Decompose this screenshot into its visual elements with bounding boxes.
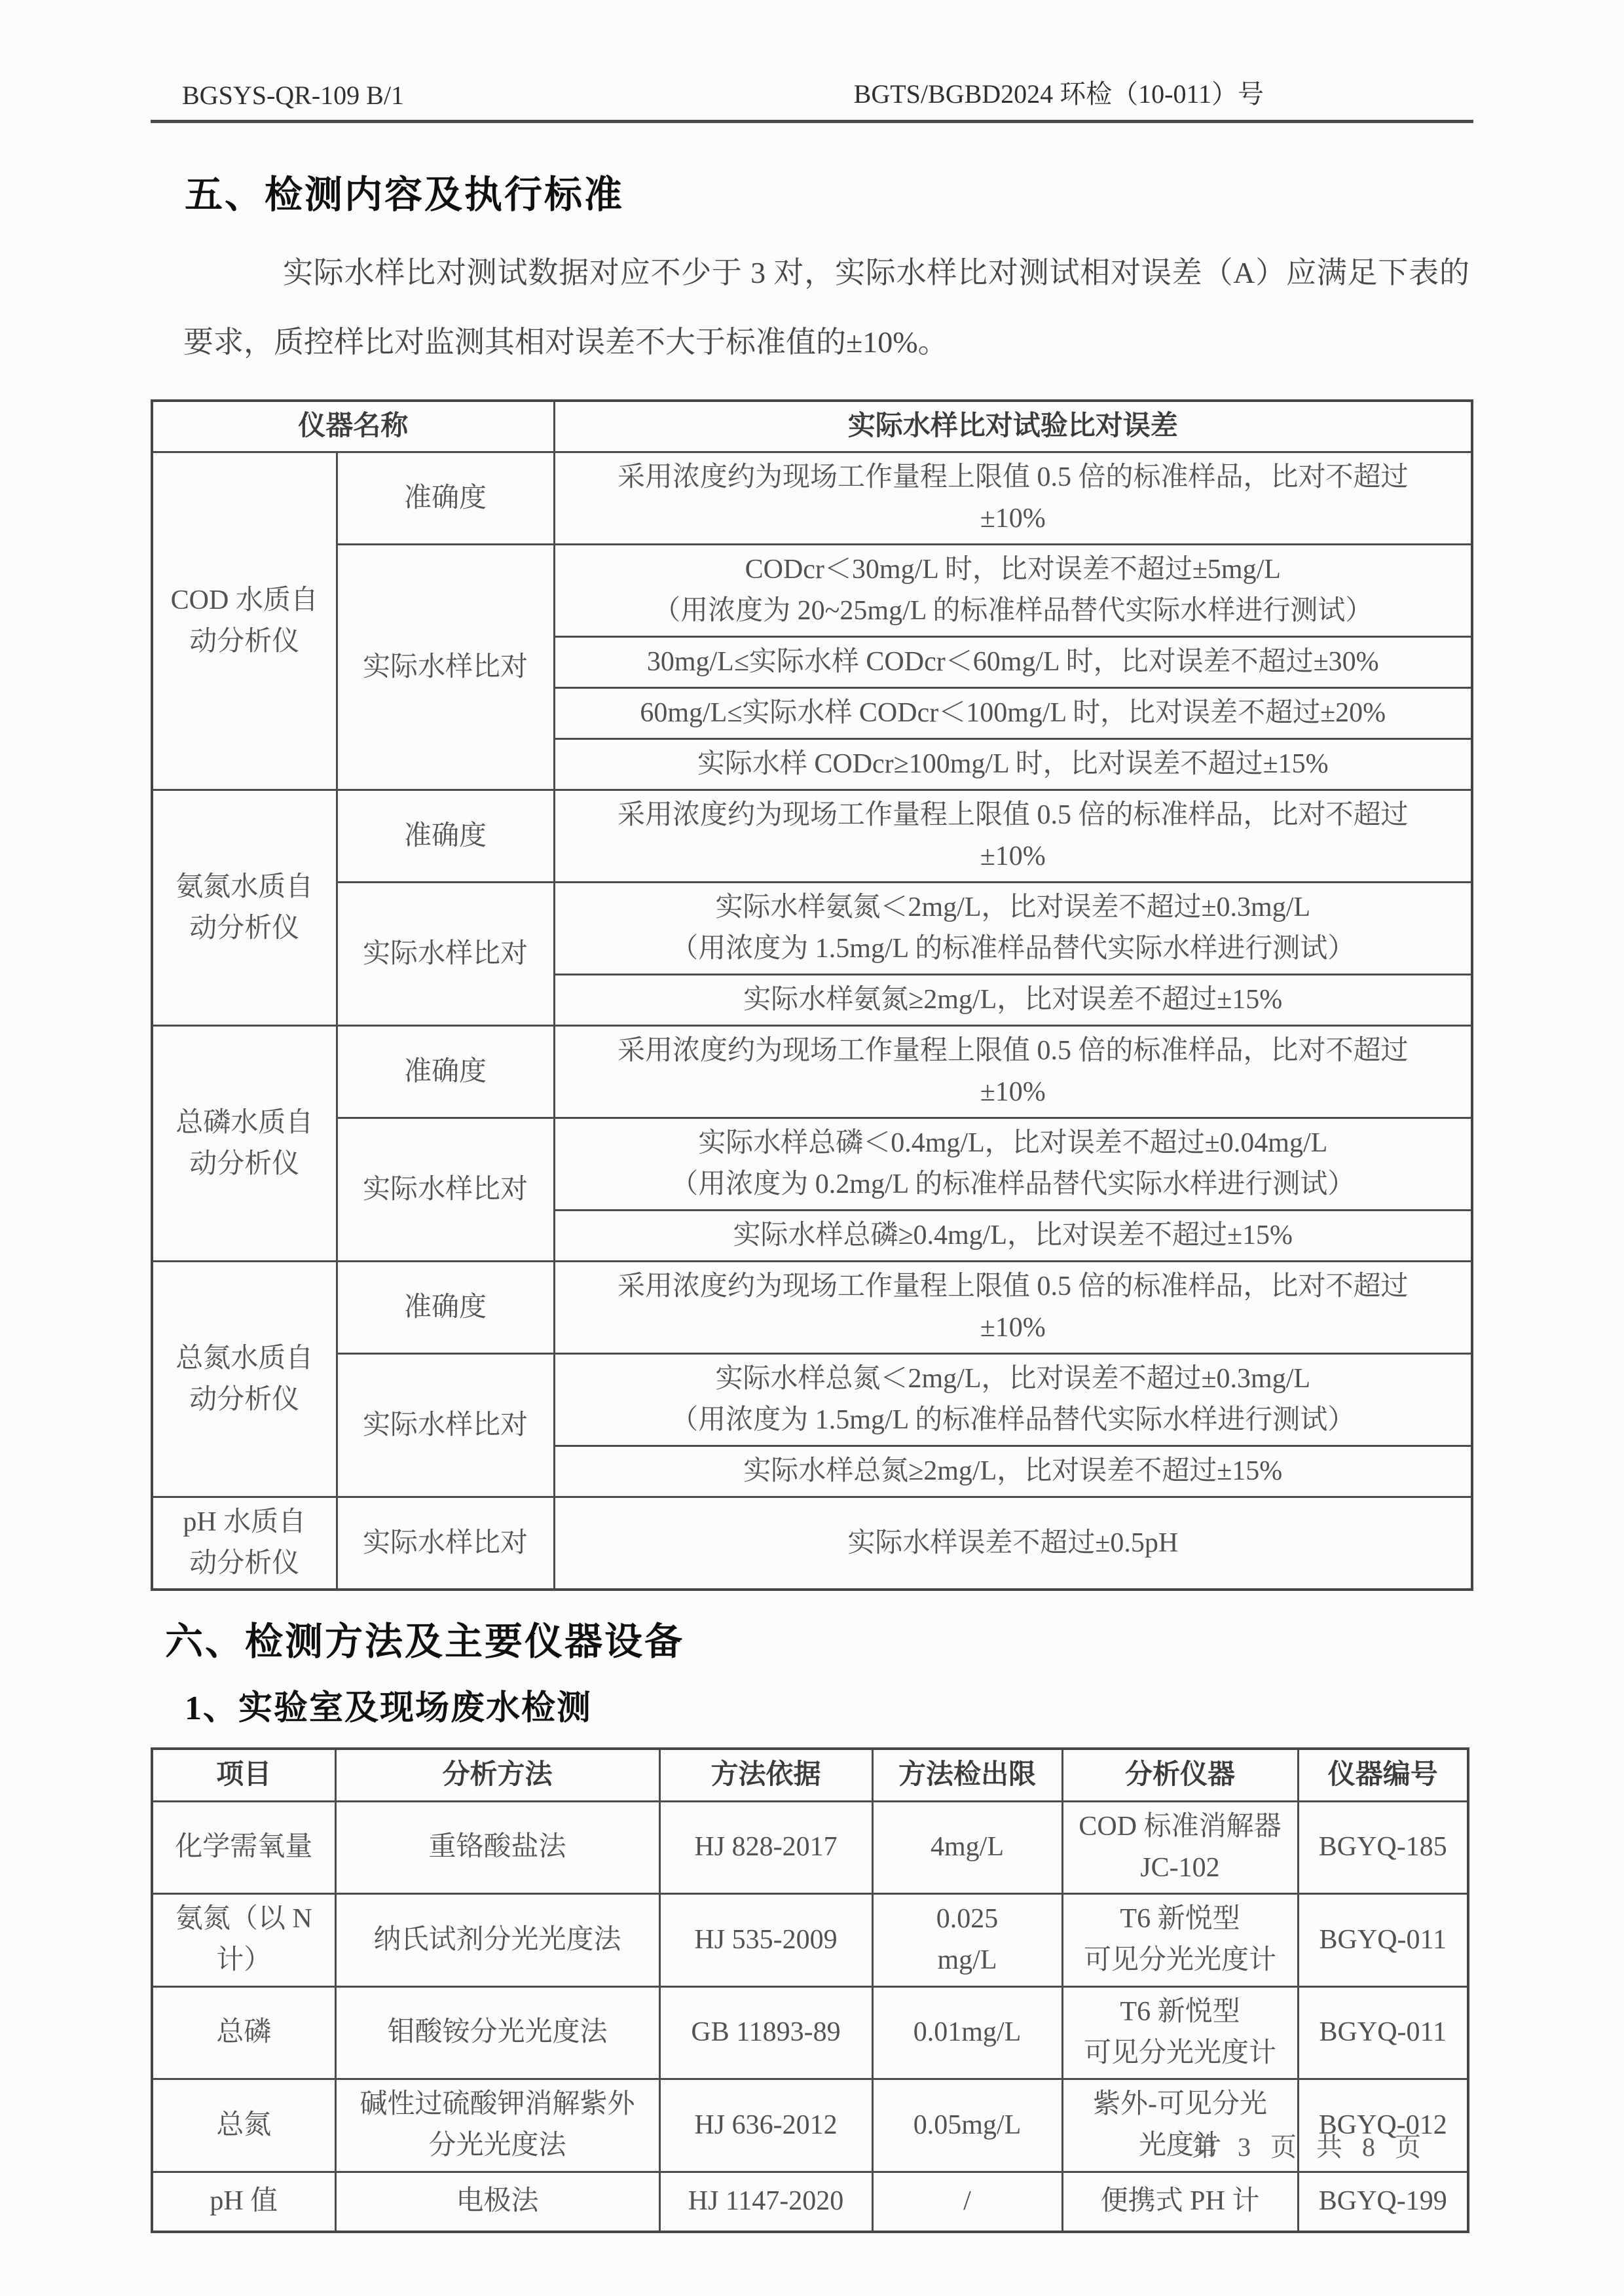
table-row: 实际水样比对 实际水样总氮＜2mg/L，比对误差不超过±0.3mg/L （用浓度…	[152, 1354, 1472, 1446]
cell-cod-accuracy-text: 采用浓度约为现场工作量程上限值 0.5 倍的标准样品，比对不超过 ±10%	[554, 452, 1472, 545]
cell-limit: /	[872, 2172, 1062, 2232]
table-row: 实际水样比对 实际水样总磷＜0.4mg/L，比对误差不超过±0.04mg/L （…	[152, 1118, 1472, 1211]
cell-cod-compare-label: 实际水样比对	[337, 545, 554, 790]
cell-item: 总磷	[152, 1986, 335, 2079]
table-row: 氨氮（以 N 计） 纳氏试剂分光光度法 HJ 535-2009 0.025 mg…	[152, 1893, 1468, 1986]
cell-limit: 0.05mg/L	[872, 2079, 1062, 2172]
cell-tp-accuracy-text: 采用浓度约为现场工作量程上限值 0.5 倍的标准样品，比对不超过 ±10%	[554, 1026, 1472, 1118]
col-header-instrument-name: 仪器名称	[152, 401, 554, 452]
cell-tp-compare-label: 实际水样比对	[337, 1118, 554, 1262]
table-row: 总磷 钼酸铵分光光度法 GB 11893-89 0.01mg/L T6 新悦型 …	[152, 1986, 1468, 2079]
section5-intro-paragraph: 实际水样比对测试数据对应不少于 3 对，实际水样比对测试相对误差（A）应满足下表…	[183, 238, 1469, 377]
cell-tp-compare-r1: 实际水样总磷＜0.4mg/L，比对误差不超过±0.04mg/L （用浓度为 0.…	[554, 1118, 1472, 1211]
cell-tn-instrument: 总氮水质自 动分析仪	[152, 1262, 337, 1497]
cell-cod-compare-r2: 30mg/L≤实际水样 CODcr＜60mg/L 时，比对误差不超过±30%	[554, 637, 1472, 688]
cell-item: 总氮	[152, 2079, 335, 2172]
cell-cod-accuracy-label: 准确度	[337, 452, 554, 545]
col-header-detection-limit: 方法检出限	[872, 1749, 1062, 1801]
section5-title: 五、检测内容及执行标准	[185, 164, 1473, 219]
cell-instrument: 便携式 PH 计	[1062, 2172, 1298, 2232]
cell-basis: HJ 535-2009	[659, 1893, 872, 1986]
cell-serial: BGYQ-199	[1298, 2172, 1468, 2232]
col-header-basis: 方法依据	[659, 1749, 872, 1801]
table-row: 实际水样比对 CODcr＜30mg/L 时，比对误差不超过±5mg/L （用浓度…	[152, 545, 1472, 637]
doc-number: BGTS/BGBD2024 环检（10-011）号	[854, 73, 1264, 111]
cell-basis: HJ 828-2017	[659, 1801, 872, 1893]
col-header-item: 项目	[152, 1749, 335, 1801]
cell-nh3n-compare-r2: 实际水样氨氮≥2mg/L，比对误差不超过±15%	[554, 975, 1472, 1026]
cell-nh3n-accuracy-label: 准确度	[337, 790, 554, 883]
col-header-compare-error: 实际水样比对试验比对误差	[554, 401, 1472, 452]
cell-tp-accuracy-label: 准确度	[337, 1026, 554, 1118]
col-header-instrument: 分析仪器	[1062, 1749, 1298, 1801]
doc-code: BGSYS-QR-109 B/1	[182, 80, 404, 111]
cell-serial: BGYQ-011	[1298, 1986, 1468, 2079]
section6-subtitle: 1、实验室及现场废水检测	[185, 1680, 1473, 1729]
table-row: 总氮水质自 动分析仪 准确度 采用浓度约为现场工作量程上限值 0.5 倍的标准样…	[152, 1262, 1472, 1354]
cell-basis: HJ 1147-2020	[659, 2172, 872, 2232]
col-header-serial: 仪器编号	[1298, 1749, 1468, 1801]
cell-cod-compare-r3: 60mg/L≤实际水样 CODcr＜100mg/L 时，比对误差不超过±20%	[554, 688, 1472, 739]
cell-item: 化学需氧量	[152, 1801, 335, 1893]
cell-tp-instrument: 总磷水质自 动分析仪	[152, 1026, 337, 1262]
table-row: 实际水样比对 实际水样氨氮＜2mg/L，比对误差不超过±0.3mg/L （用浓度…	[152, 883, 1472, 975]
cell-serial: BGYQ-185	[1298, 1801, 1468, 1893]
cell-tn-compare-label: 实际水样比对	[337, 1354, 554, 1497]
cell-ph-instrument: pH 水质自 动分析仪	[152, 1497, 337, 1590]
cell-cod-instrument: COD 水质自 动分析仪	[152, 452, 337, 790]
document-page: BGSYS-QR-109 B/1 BGTS/BGBD2024 环检（10-011…	[0, 0, 1624, 2296]
cell-method: 电极法	[335, 2172, 659, 2232]
cell-instrument: T6 新悦型 可见分光光度计	[1062, 1986, 1298, 2079]
cell-tp-compare-r2: 实际水样总磷≥0.4mg/L，比对误差不超过±15%	[554, 1211, 1472, 1262]
cell-limit: 0.025 mg/L	[872, 1893, 1062, 1986]
cell-tn-compare-r2: 实际水样总氮≥2mg/L，比对误差不超过±15%	[554, 1446, 1472, 1497]
cell-nh3n-compare-label: 实际水样比对	[337, 883, 554, 1026]
cell-nh3n-accuracy-text: 采用浓度约为现场工作量程上限值 0.5 倍的标准样品，比对不超过 ±10%	[554, 790, 1472, 883]
cell-cod-compare-r1: CODcr＜30mg/L 时，比对误差不超过±5mg/L （用浓度为 20~25…	[554, 545, 1472, 637]
cell-instrument: T6 新悦型 可见分光光度计	[1062, 1893, 1298, 1986]
cell-instrument: COD 标准消解器 JC-102	[1062, 1801, 1298, 1893]
cell-basis: GB 11893-89	[659, 1986, 872, 2079]
cell-tn-compare-r1: 实际水样总氮＜2mg/L，比对误差不超过±0.3mg/L （用浓度为 1.5mg…	[554, 1354, 1472, 1446]
cell-method: 重铬酸盐法	[335, 1801, 659, 1893]
document-header: BGSYS-QR-109 B/1 BGTS/BGBD2024 环检（10-011…	[151, 73, 1473, 123]
cell-limit: 4mg/L	[872, 1801, 1062, 1893]
cell-nh3n-instrument: 氨氮水质自 动分析仪	[152, 790, 337, 1026]
cell-serial: BGYQ-011	[1298, 1893, 1468, 1986]
cell-ph-compare-r1: 实际水样误差不超过±0.5pH	[554, 1497, 1472, 1590]
cell-method: 纳氏试剂分光光度法	[335, 1893, 659, 1986]
cell-method: 碱性过硫酸钾消解紫外 分光光度法	[335, 2079, 659, 2172]
cell-cod-compare-r4: 实际水样 CODcr≥100mg/L 时，比对误差不超过±15%	[554, 739, 1472, 790]
table-row: COD 水质自 动分析仪 准确度 采用浓度约为现场工作量程上限值 0.5 倍的标…	[152, 452, 1472, 545]
table-header-row: 项目 分析方法 方法依据 方法检出限 分析仪器 仪器编号	[152, 1749, 1468, 1801]
cell-item: pH 值	[152, 2172, 335, 2232]
cell-tn-accuracy-text: 采用浓度约为现场工作量程上限值 0.5 倍的标准样品，比对不超过 ±10%	[554, 1262, 1472, 1354]
table-row: 化学需氧量 重铬酸盐法 HJ 828-2017 4mg/L COD 标准消解器 …	[152, 1801, 1468, 1893]
section6-title: 六、检测方法及主要仪器设备	[165, 1611, 1473, 1666]
table-row: 总磷水质自 动分析仪 准确度 采用浓度约为现场工作量程上限值 0.5 倍的标准样…	[152, 1026, 1472, 1118]
comparison-error-table: 仪器名称 实际水样比对试验比对误差 COD 水质自 动分析仪 准确度 采用浓度约…	[151, 399, 1473, 1591]
table-row: 氨氮水质自 动分析仪 准确度 采用浓度约为现场工作量程上限值 0.5 倍的标准样…	[152, 790, 1472, 883]
page-number: 第 3 页 共 8 页	[1192, 2126, 1428, 2164]
cell-item: 氨氮（以 N 计）	[152, 1893, 335, 1986]
cell-nh3n-compare-r1: 实际水样氨氮＜2mg/L，比对误差不超过±0.3mg/L （用浓度为 1.5mg…	[554, 883, 1472, 975]
cell-limit: 0.01mg/L	[872, 1986, 1062, 2079]
table-header-row: 仪器名称 实际水样比对试验比对误差	[152, 401, 1472, 452]
table-row: pH 值 电极法 HJ 1147-2020 / 便携式 PH 计 BGYQ-19…	[152, 2172, 1468, 2232]
cell-method: 钼酸铵分光光度法	[335, 1986, 659, 2079]
cell-tn-accuracy-label: 准确度	[337, 1262, 554, 1354]
table-row: pH 水质自 动分析仪 实际水样比对 实际水样误差不超过±0.5pH	[152, 1497, 1472, 1590]
col-header-method: 分析方法	[335, 1749, 659, 1801]
cell-ph-compare-label: 实际水样比对	[337, 1497, 554, 1590]
cell-basis: HJ 636-2012	[659, 2079, 872, 2172]
